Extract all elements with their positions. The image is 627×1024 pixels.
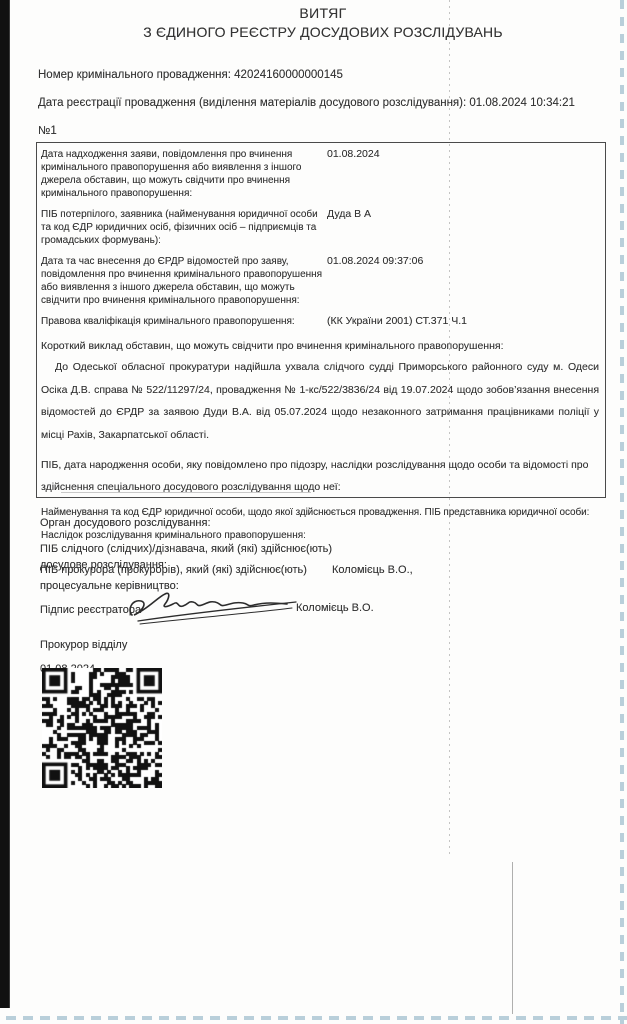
- row-label: Дата та час внесення до ЄРДР відомостей …: [41, 255, 329, 307]
- table-row: Дата надходження заяви, повідомлення про…: [37, 143, 605, 203]
- registrar-signature-line: Підпис реєстратора Коломієць В.О.: [40, 596, 608, 636]
- case-number-value: 42024160000000145: [234, 69, 343, 81]
- signature-scribble: [124, 588, 304, 632]
- scan-edge-artifact-left: [0, 0, 10, 1008]
- row-value: 01.08.2024: [327, 148, 380, 160]
- table-row: ПІБ потерпілого, заявника (найменування …: [37, 203, 605, 250]
- investigation-body-label: Орган досудового розслідування:: [40, 517, 211, 529]
- prosecutor-value: Коломієць В.О.,: [332, 562, 413, 578]
- registration-date-line: Дата реєстрації провадження (виділення м…: [38, 95, 586, 112]
- case-number-line: Номер кримінального провадження: 4202416…: [38, 69, 343, 81]
- row-label: Дата надходження заяви, повідомлення про…: [41, 148, 329, 200]
- registration-date-value: 01.08.2024 10:34:21: [469, 97, 575, 109]
- case-details-table: Дата надходження заяви, повідомлення про…: [36, 142, 606, 498]
- scan-smudge-artifact: [61, 492, 311, 493]
- table-row: Правова кваліфікація кримінального право…: [37, 310, 605, 331]
- case-number-label: Номер кримінального провадження:: [38, 69, 231, 81]
- perforation-edge-right: [620, 0, 624, 1024]
- fold-crease-line: [449, 0, 450, 858]
- row-label: ПІБ потерпілого, заявника (найменування …: [41, 208, 329, 247]
- qr-code: [42, 668, 162, 788]
- table-row-summary: Короткий виклад обставин, що можуть свід…: [37, 331, 605, 448]
- summary-label: Короткий виклад обставин, що можуть свід…: [41, 339, 599, 353]
- signature-name: Коломієць В.О.: [296, 602, 374, 614]
- row-value: (КК України 2001) СТ.371 Ч.1: [327, 315, 467, 327]
- row-value: 01.08.2024 09:37:06: [327, 255, 423, 267]
- row-label: Правова кваліфікація кримінального право…: [41, 315, 329, 328]
- summary-text: До Одеської обласної прокуратури надійшл…: [41, 356, 599, 446]
- document-subtitle: З ЄДИНОГО РЕЄСТРУ ДОСУДОВИХ РОЗСЛІДУВАНЬ: [58, 24, 588, 40]
- scan-streak-artifact: [512, 862, 513, 1014]
- row-value: Дуда В А: [327, 208, 371, 220]
- signer-position: Прокурор відділу: [40, 639, 127, 651]
- table-row-suspect: ПІБ, дата народження особи, яку повідомл…: [37, 448, 605, 498]
- document-title: ВИТЯГ: [58, 5, 588, 21]
- table-row: Дата та час внесення до ЄРДР відомостей …: [37, 250, 605, 310]
- table-row-legal-entity: Найменування та код ЄДР юридичної особи,…: [37, 498, 605, 518]
- record-number: №1: [38, 125, 57, 137]
- perforation-edge-bottom: [6, 1016, 627, 1020]
- document-page: ВИТЯГ З ЄДИНОГО РЕЄСТРУ ДОСУДОВИХ РОЗСЛІ…: [38, 0, 608, 1010]
- registration-date-label: Дата реєстрації провадження (виділення м…: [38, 97, 466, 109]
